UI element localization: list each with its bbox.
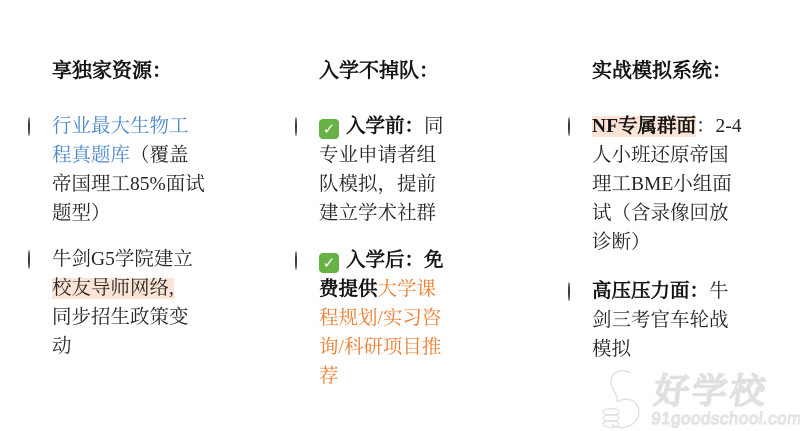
text-run-highlighted: 校友导师网络,	[52, 278, 174, 299]
column-heading-row: 享独家资源：	[26, 56, 268, 86]
open-bullet-icon	[568, 117, 570, 136]
checkmark-icon: ✓	[319, 253, 339, 273]
open-bullet-icon	[295, 251, 297, 270]
watermark-brand: 好学校	[653, 375, 800, 409]
text-run-bold: 高压压力面：	[592, 281, 709, 302]
text-run-bold: 入学前：	[346, 116, 424, 137]
column-after-admission: 入学不掉队： ✓入学前：同 专业申请者组 队模拟，提前 建立学术社群 ✓入学后：…	[293, 56, 535, 391]
document-page: 享独家资源： 行业最大生物工 程真题库（覆盖 帝国理工85%面试 题型） 牛剑G…	[0, 0, 800, 431]
watermark: 好学校 91goodschool.com	[599, 369, 800, 429]
text-run-bold-highlighted: NF专属群面	[592, 116, 696, 137]
text-run: 牛剑G5学院建立	[52, 249, 193, 270]
column-heading-row: 入学不掉队：	[293, 56, 535, 86]
text-run: 同步招生政策变 动	[52, 307, 189, 357]
list-item: ✓入学后：免 费提供大学课 程规划/实习咨 询/科研项目推 荐	[293, 246, 535, 391]
thumbs-up-icon	[599, 369, 651, 429]
column-mock-interview-system: 实战模拟系统： NF专属群面：2-4 人小班还原帝国 理工BME小组面 试（含录…	[566, 56, 800, 364]
list-item: 高压压力面：牛 剑三考官车轮战 模拟	[566, 277, 800, 364]
watermark-url: 91goodschool.com	[650, 409, 800, 429]
list-item: 行业最大生物工 程真题库（覆盖 帝国理工85%面试 题型）	[26, 112, 268, 228]
list-item: 牛剑G5学院建立 校友导师网络, 同步招生政策变 动	[26, 245, 268, 361]
list-item: NF专属群面：2-4 人小班还原帝国 理工BME小组面 试（含录像回放 诊断）	[566, 112, 800, 257]
column-heading: 享独家资源：	[52, 56, 172, 86]
column-heading-row: 实战模拟系统：	[566, 56, 800, 86]
list-item: ✓入学前：同 专业申请者组 队模拟，提前 建立学术社群	[293, 112, 535, 228]
column-exclusive-resources: 享独家资源： 行业最大生物工 程真题库（覆盖 帝国理工85%面试 题型） 牛剑G…	[26, 56, 268, 361]
open-bullet-icon	[295, 117, 297, 136]
open-bullet-icon	[568, 282, 570, 301]
open-bullet-icon	[28, 117, 30, 136]
checkmark-icon: ✓	[319, 119, 339, 139]
open-bullet-icon	[28, 250, 30, 269]
column-heading: 实战模拟系统：	[592, 56, 732, 86]
column-heading: 入学不掉队：	[319, 56, 439, 86]
